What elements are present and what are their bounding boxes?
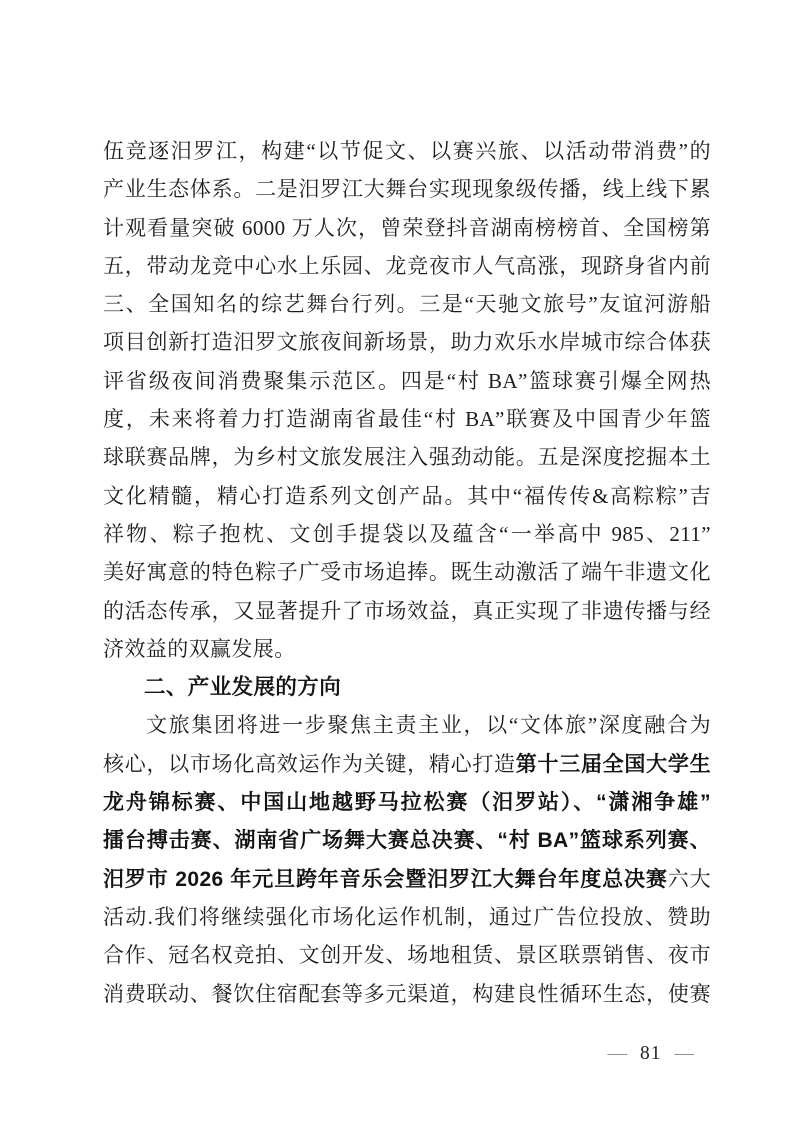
- text-segment: 计观看量突破 6000 万人次，曾荣登抖音湖南榜榜首、全国榜第: [103, 216, 711, 240]
- document-lines: 伍竞逐汨罗江，构建“以节促文、以赛兴旅、以活动带消费”的产业生态体系。二是汨罗江…: [103, 132, 711, 1013]
- text-line: 的活态传承，又显著提升了市场效益，真正实现了非遗传播与经: [103, 592, 711, 630]
- text-segment: 祥物、粽子抱枕、文创手提袋以及蕴含“一举高中 985、211”: [103, 522, 711, 546]
- text-line: 文化精髓，精心打造系列文创产品。其中“福传传&高粽粽”吉: [103, 477, 711, 515]
- text-line: 伍竞逐汨罗江，构建“以节促文、以赛兴旅、以活动带消费”的: [103, 132, 711, 170]
- text-line: 计观看量突破 6000 万人次，曾荣登抖音湖南榜榜首、全国榜第: [103, 209, 711, 247]
- bold-text-segment: 擂台搏击赛、湖南省广场舞大赛总决赛、“村 BA”篮球系列赛、: [103, 829, 711, 852]
- text-segment: 的活态传承，又显著提升了市场效益，真正实现了非遗传播与经: [103, 599, 711, 623]
- text-line: 项目创新打造汨罗文旅夜间新场景，助力欢乐水岸城市综合体获: [103, 323, 711, 361]
- text-line: 龙舟锦标赛、中国山地越野马拉松赛（汨罗站）、“潇湘争雄”: [103, 783, 711, 821]
- text-segment: 合作、冠名权竞拍、文创开发、场地租赁、景区联票销售、夜市: [103, 943, 711, 967]
- text-segment: 评省级夜间消费聚集示范区。四是“村 BA”篮球赛引爆全网热: [103, 369, 711, 393]
- page-footer: — 81 —: [608, 1042, 695, 1066]
- text-line: 三、全国知名的综艺舞台行列。三是“天驰文旅号”友谊河游船: [103, 285, 711, 323]
- text-segment: 伍竞逐汨罗江，构建“以节促文、以赛兴旅、以活动带消费”的: [103, 139, 711, 163]
- text-line: 五，带动龙竞中心水上乐园、龙竞夜市人气高涨，现跻身省内前: [103, 247, 711, 285]
- text-line: 核心，以市场化高效运作为关键，精心打造第十三届全国大学生: [103, 745, 711, 783]
- bold-text-segment: 汨罗市 2026 年元旦跨年音乐会暨汨罗江大舞台年度总决赛: [103, 868, 668, 891]
- text-line: 球联赛品牌，为乡村文旅发展注入强劲动能。五是深度挖掘本土: [103, 438, 711, 476]
- text-segment: 文旅集团将进一步聚焦主责主业，以“文体旅”深度融合为: [146, 713, 711, 737]
- text-segment: 活动.我们将继续强化市场化运作机制，通过广告位投放、赞助: [103, 905, 711, 929]
- text-line: 擂台搏击赛、湖南省广场舞大赛总决赛、“村 BA”篮球系列赛、: [103, 821, 711, 859]
- text-segment: 核心，以市场化高效运作为关键，精心打造: [103, 752, 516, 776]
- text-segment: 美好寓意的特色粽子广受市场追捧。既生动激活了端午非遗文化: [103, 560, 711, 584]
- text-line: 合作、冠名权竞拍、文创开发、场地租赁、景区联票销售、夜市: [103, 936, 711, 974]
- text-line: 评省级夜间消费聚集示范区。四是“村 BA”篮球赛引爆全网热: [103, 362, 711, 400]
- text-segment: 文化精髓，精心打造系列文创产品。其中“福传传&高粽粽”吉: [103, 484, 711, 508]
- document-page: 伍竞逐汨罗江，构建“以节促文、以赛兴旅、以活动带消费”的产业生态体系。二是汨罗江…: [0, 0, 793, 1122]
- text-line: 济效益的双赢发展。: [103, 630, 711, 668]
- text-segment: 五，带动龙竞中心水上乐园、龙竞夜市人气高涨，现跻身省内前: [103, 254, 711, 278]
- text-segment: 产业生态体系。二是汨罗江大舞台实现现象级传播，线上线下累: [103, 177, 711, 201]
- footer-dash: —: [608, 1042, 628, 1066]
- text-line: 度，未来将着力打造湖南省最佳“村 BA”联赛及中国青少年篮: [103, 400, 711, 438]
- text-line: 消费联动、餐饮住宿配套等多元渠道，构建良性循环生态，使赛: [103, 975, 711, 1013]
- text-segment: 度，未来将着力打造湖南省最佳“村 BA”联赛及中国青少年篮: [103, 407, 711, 431]
- footer-dash: —: [675, 1042, 695, 1066]
- text-segment: 项目创新打造汨罗文旅夜间新场景，助力欢乐水岸城市综合体获: [103, 330, 711, 354]
- text-line: 活动.我们将继续强化市场化运作机制，通过广告位投放、赞助: [103, 898, 711, 936]
- bold-text-segment: 龙舟锦标赛、中国山地越野马拉松赛（汨罗站）、“潇湘争雄”: [103, 791, 711, 814]
- text-line: 产业生态体系。二是汨罗江大舞台实现现象级传播，线上线下累: [103, 170, 711, 208]
- text-line: 祥物、粽子抱枕、文创手提袋以及蕴含“一举高中 985、211”: [103, 515, 711, 553]
- text-segment: 三、全国知名的综艺舞台行列。三是“天驰文旅号”友谊河游船: [103, 292, 711, 316]
- text-segment: 济效益的双赢发展。: [103, 637, 296, 661]
- text-segment: 球联赛品牌，为乡村文旅发展注入强劲动能。五是深度挖掘本土: [103, 445, 711, 469]
- text-segment: 消费联动、餐饮住宿配套等多元渠道，构建良性循环生态，使赛: [103, 982, 711, 1006]
- text-line: 文旅集团将进一步聚焦主责主业，以“文体旅”深度融合为: [103, 706, 711, 744]
- section-heading: 二、产业发展的方向: [103, 668, 711, 706]
- bold-text-segment: 第十三届全国大学生: [516, 753, 711, 776]
- text-line: 汨罗市 2026 年元旦跨年音乐会暨汨罗江大舞台年度总决赛六大: [103, 860, 711, 898]
- page-number: 81: [640, 1042, 662, 1066]
- text-line: 美好寓意的特色粽子广受市场追捧。既生动激活了端午非遗文化: [103, 553, 711, 591]
- text-segment: 六大: [668, 867, 711, 891]
